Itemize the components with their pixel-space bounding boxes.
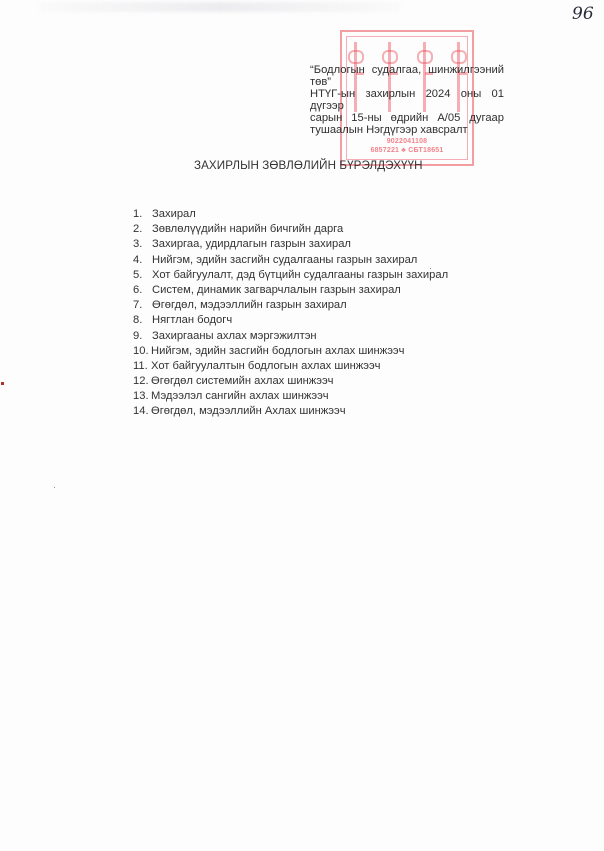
item-number: 10. [133, 344, 151, 359]
bleed-through-text [40, 2, 400, 12]
scan-speck [430, 268, 431, 269]
item-number: 4. [133, 253, 152, 268]
item-text: Өгөгдөл, мэдээллийн газрын захирал [152, 298, 347, 313]
scan-speck [54, 487, 55, 488]
annex-line: “Бодлогын судалгаа, шинжилгээний төв” [310, 64, 504, 88]
item-text: Хот байгуулалтын бодлогын ахлах шинжээч [151, 359, 381, 374]
item-text: Нягтлан бодогч [152, 313, 232, 328]
item-number: 6. [133, 283, 152, 298]
item-number: 9. [133, 329, 152, 344]
stamp-registration-number: 9022041108 [342, 138, 472, 145]
annex-note: “Бодлогын судалгаа, шинжилгээний төв” НТ… [310, 64, 504, 136]
list-item: 12.Өгөгдөл системийн ахлах шинжээч [133, 374, 448, 389]
list-item: 10.Нийгэм, эдийн засгийн бодлогын ахлах … [133, 344, 448, 359]
list-item: 1.Захирал [133, 207, 448, 222]
list-item: 5.Хот байгуулалт, дэд бүтцийн судалгааны… [133, 268, 448, 283]
item-text: Хот байгуулалт, дэд бүтцийн судалгааны г… [152, 268, 448, 283]
annex-line: сарын 15-ны өдрийн А/05 дугаар [310, 112, 504, 124]
members-list: 1.Захирал 2.Зөвлөлүүдийн нарийн бичгийн … [133, 207, 448, 420]
list-item: 6.Систем, динамик загварчлалын газрын за… [133, 283, 448, 298]
item-number: 7. [133, 298, 152, 313]
item-number: 14. [133, 404, 151, 419]
list-item: 3.Захиргаа, удирдлагын газрын захирал [133, 237, 448, 252]
item-text: Захирал [152, 207, 196, 222]
item-text: Өгөгдөл, мэдээллийн Ахлах шинжээч [151, 404, 346, 419]
annex-line: тушаалын Нэгдүгээр хавсралт [310, 124, 504, 136]
item-number: 12. [133, 374, 151, 389]
item-text: Захиргаа, удирдлагын газрын захирал [152, 237, 351, 252]
item-number: 8. [133, 313, 152, 328]
item-text: Захиргааны ахлах мэргэжилтэн [152, 329, 317, 344]
item-text: Нийгэм, эдийн засгийн судалгааны газрын … [152, 253, 417, 268]
margin-mark [1, 382, 4, 385]
list-item: 11.Хот байгуулалтын бодлогын ахлах шинжэ… [133, 359, 448, 374]
annex-line: НТҮГ-ын захирлын 2024 оны 01 дүгээр [310, 88, 504, 112]
item-text: Зөвлөлүүдийн нарийн бичгийн дарга [152, 222, 343, 237]
list-item: 14.Өгөгдөл, мэдээллийн Ахлах шинжээч [133, 404, 448, 419]
handwritten-page-number: 96 [572, 4, 594, 24]
item-text: Өгөгдөл системийн ахлах шинжээч [151, 374, 334, 389]
document-page: 96 9022041108 6857221 ♣ СБТ18651 “Бодлог… [0, 0, 604, 851]
document-title: ЗАХИРЛЫН ЗӨВЛӨЛИЙН БҮРЭЛДЭХҮҮН [194, 159, 423, 172]
item-text: Систем, динамик загварчлалын газрын захи… [152, 283, 401, 298]
item-number: 11. [133, 359, 151, 374]
item-number: 3. [133, 237, 152, 252]
item-number: 2. [133, 222, 152, 237]
list-item: 7.Өгөгдөл, мэдээллийн газрын захирал [133, 298, 448, 313]
item-number: 1. [133, 207, 152, 222]
list-item: 9.Захиргааны ахлах мэргэжилтэн [133, 329, 448, 344]
item-text: Нийгэм, эдийн засгийн бодлогын ахлах шин… [151, 344, 404, 359]
list-item: 13.Мэдээлэл сангийн ахлах шинжээч [133, 389, 448, 404]
item-number: 13. [133, 389, 151, 404]
stamp-code: 6857221 ♣ СБТ18651 [342, 147, 472, 154]
item-number: 5. [133, 268, 152, 283]
list-item: 8.Нягтлан бодогч [133, 313, 448, 328]
item-text: Мэдээлэл сангийн ахлах шинжээч [151, 389, 329, 404]
list-item: 2.Зөвлөлүүдийн нарийн бичгийн дарга [133, 222, 448, 237]
list-item: 4.Нийгэм, эдийн засгийн судалгааны газры… [133, 253, 448, 268]
